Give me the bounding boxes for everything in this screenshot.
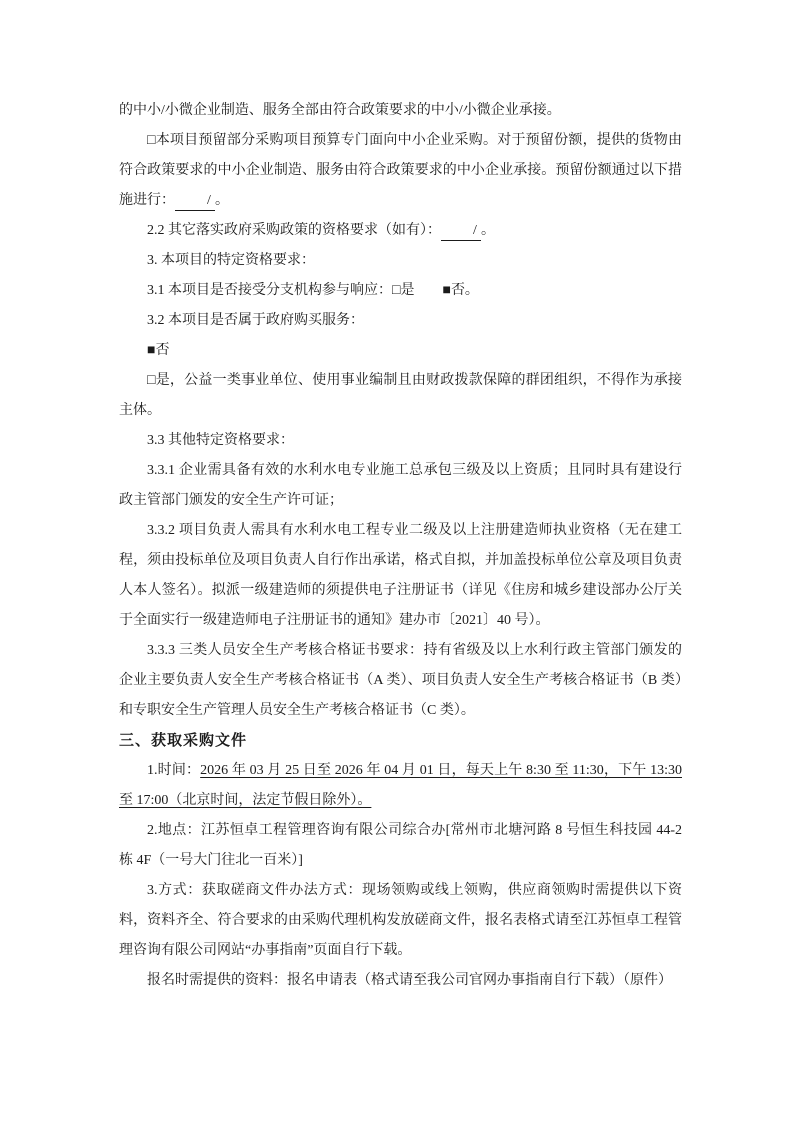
- text-run: 1.时间：: [147, 763, 200, 778]
- checkbox-checked-icon: ■: [442, 283, 450, 298]
- para-3-3-2-project-manager-qualification: 3.3.2 项目负责人需具有水利水电工程专业二级及以上注册建造师执业资格（无在建…: [119, 516, 682, 636]
- text-run: 2.2 其它落实政府采购政策的资格要求（如有）：: [147, 223, 441, 238]
- para-reserved-share-option: □本项目预留部分采购项目预算专门面向中小企业采购。对于预留份额，提供的货物由符合…: [119, 126, 682, 216]
- para-registration-materials: 报名时需提供的资料：报名申请表（格式请至我公司官网办事指南自行下载）（原件）: [119, 966, 682, 996]
- text-run: 3.3.2 项目负责人需具有水利水电工程专业二级及以上注册建造师执业资格（无在建…: [119, 523, 682, 628]
- text-run: 3.1 本项目是否接受分支机构参与响应：: [147, 283, 392, 298]
- text-run: 3.2 本项目是否属于政府购买服务：: [147, 313, 364, 328]
- text-run: 是: [400, 283, 442, 298]
- text-run: 3.3.1 企业需具备有效的水利水电专业施工总承包三级及以上资质；且同时具有建设…: [119, 463, 682, 508]
- para-obtain-location: 2.地点：江苏恒卓工程管理咨询有限公司综合办[常州市北塘河路 8 号恒生科技园 …: [119, 816, 682, 876]
- para-answer-yes-note: □是，公益一类事业单位、使用事业编制且由财政拨款保障的群团组织，不得作为承接主体…: [119, 366, 682, 426]
- text-run: 否。: [451, 283, 479, 298]
- text-run: 3. 本项目的特定资格要求：: [147, 253, 315, 268]
- para-3-2-government-purchase-service: 3.2 本项目是否属于政府购买服务：: [119, 306, 682, 336]
- text-run: 3.3 其他特定资格要求：: [147, 433, 294, 448]
- para-answer-no: ■否: [119, 336, 682, 366]
- text-run: 3.3.3 三类人员安全生产考核合格证书要求：持有省级及以上水利行政主管部门颁发…: [119, 643, 682, 718]
- underlined-text: 2026 年 03 月 25 日至 2026 年 04 月 01 日，每天上午 …: [119, 763, 682, 808]
- text-run: 三、获取采购文件: [119, 732, 247, 749]
- para-obtain-time: 1.时间：2026 年 03 月 25 日至 2026 年 04 月 01 日，…: [119, 756, 682, 816]
- text-run: 的中小/小微企业制造、服务全部由符合政策要求的中小/小微企业承接。: [119, 103, 561, 118]
- document-page: 的中小/小微企业制造、服务全部由符合政策要求的中小/小微企业承接。□本项目预留部…: [0, 0, 800, 1131]
- checkbox-unchecked-icon: □: [147, 373, 156, 388]
- text-run: 2.地点：江苏恒卓工程管理咨询有限公司综合办[常州市北塘河路 8 号恒生科技园 …: [119, 823, 682, 868]
- text-run: 是，公益一类事业单位、使用事业编制且由财政拨款保障的群团组织，不得作为承接主体。: [119, 373, 682, 418]
- para-3-3-3-safety-certificates: 3.3.3 三类人员安全生产考核合格证书要求：持有省级及以上水利行政主管部门颁发…: [119, 636, 682, 726]
- blank-fill-line: /: [441, 222, 481, 241]
- para-obtain-method: 3.方式：获取磋商文件办法方式：现场领购或线上领购，供应商领购时需提供以下资料，…: [119, 876, 682, 966]
- text-run: 报名时需提供的资料：报名申请表（格式请至我公司官网办事指南自行下载）（原件）: [147, 973, 672, 988]
- text-run: 否: [155, 343, 169, 358]
- text-run: 3.方式：获取磋商文件办法方式：现场领购或线上领购，供应商领购时需提供以下资料，…: [119, 883, 682, 958]
- blank-fill-line: /: [175, 192, 215, 211]
- heading-section-3-obtain-documents: 三、获取采购文件: [119, 726, 682, 756]
- text-run: 。: [215, 193, 229, 208]
- para-3-specific-qualifications: 3. 本项目的特定资格要求：: [119, 246, 682, 276]
- para-3-3-1-enterprise-qualification: 3.3.1 企业需具备有效的水利水电专业施工总承包三级及以上资质；且同时具有建设…: [119, 456, 682, 516]
- para-3-1-branch-participation: 3.1 本项目是否接受分支机构参与响应：□是 ■否。: [119, 276, 682, 306]
- checkbox-unchecked-icon: □: [147, 133, 156, 148]
- para-3-3-other-specific-requirements: 3.3 其他特定资格要求：: [119, 426, 682, 456]
- para-smes-undertake-tail: 的中小/小微企业制造、服务全部由符合政策要求的中小/小微企业承接。: [119, 96, 682, 126]
- text-run: 。: [481, 223, 495, 238]
- document-body: 的中小/小微企业制造、服务全部由符合政策要求的中小/小微企业承接。□本项目预留部…: [119, 96, 682, 996]
- para-2-2-other-policy-requirements: 2.2 其它落实政府采购政策的资格要求（如有）：/。: [119, 216, 682, 246]
